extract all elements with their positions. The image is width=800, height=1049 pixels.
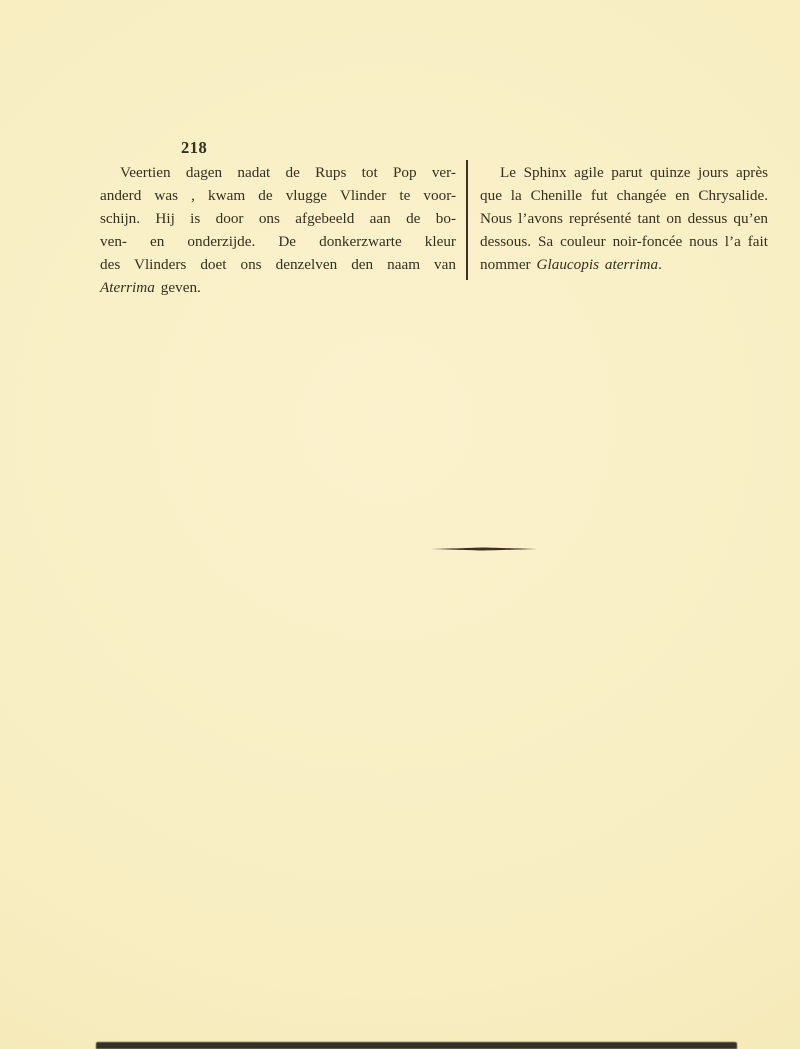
page-edge-shadow [96, 1042, 737, 1049]
text-line: ven- en onderzijde. De donkerzwarte kleu… [100, 230, 456, 253]
text-segment: Le Sphinx agile parut quinze jours après [500, 164, 768, 181]
text-line: schijn. Hij is door ons afgebeeld aan de… [100, 207, 456, 230]
column-divider-rule [466, 160, 468, 280]
dutch-text-column: Veertien dagen nadat de Rups tot Pop ver… [100, 161, 456, 299]
text-line: Le Sphinx agile parut quinze jours après [480, 161, 768, 184]
book-page: 218 Veertien dagen nadat de Rups tot Pop… [0, 0, 800, 1049]
species-name-italic: Glaucopis aterrima [537, 256, 659, 273]
text-line: nommer Glaucopis aterrima. [480, 253, 768, 276]
text-segment: schijn. Hij is door ons afgebeeld aan de… [100, 210, 456, 227]
text-segment: nommer [480, 256, 537, 273]
french-text-column: Le Sphinx agile parut quinze jours après… [480, 161, 768, 276]
text-segment: ven- en onderzijde. De donkerzwarte kleu… [100, 233, 456, 250]
species-name-italic: Aterrima [100, 279, 155, 296]
text-line: dessous. Sa couleur noir-foncée nous l’a… [480, 230, 768, 253]
text-segment: Veertien dagen nadat de Rups tot Pop ver… [120, 164, 456, 181]
text-segment: . [658, 256, 662, 273]
text-line: anderd was , kwam de vlugge Vlinder te v… [100, 184, 456, 207]
text-segment: que la Chenille fut changée en Chrysalid… [480, 187, 768, 204]
text-line: Veertien dagen nadat de Rups tot Pop ver… [100, 161, 456, 184]
text-line: des Vlinders doet ons denzelven den naam… [100, 253, 456, 276]
text-segment: geven. [155, 279, 201, 296]
text-line: que la Chenille fut changée en Chrysalid… [480, 184, 768, 207]
text-line: Aterrima geven. [100, 276, 456, 299]
text-line: Nous l’avons représenté tant on dessus q… [480, 207, 768, 230]
page-number: 218 [181, 138, 207, 158]
text-segment: dessous. Sa couleur noir-foncée nous l’a… [480, 233, 768, 250]
text-segment: Nous l’avons représenté tant on dessus q… [480, 210, 768, 227]
text-segment: des Vlinders doet ons denzelven den naam… [100, 256, 456, 273]
text-segment: anderd was , kwam de vlugge Vlinder te v… [100, 187, 456, 204]
tapered-rule-ornament [431, 546, 537, 552]
tapered-rule-icon [431, 546, 537, 552]
